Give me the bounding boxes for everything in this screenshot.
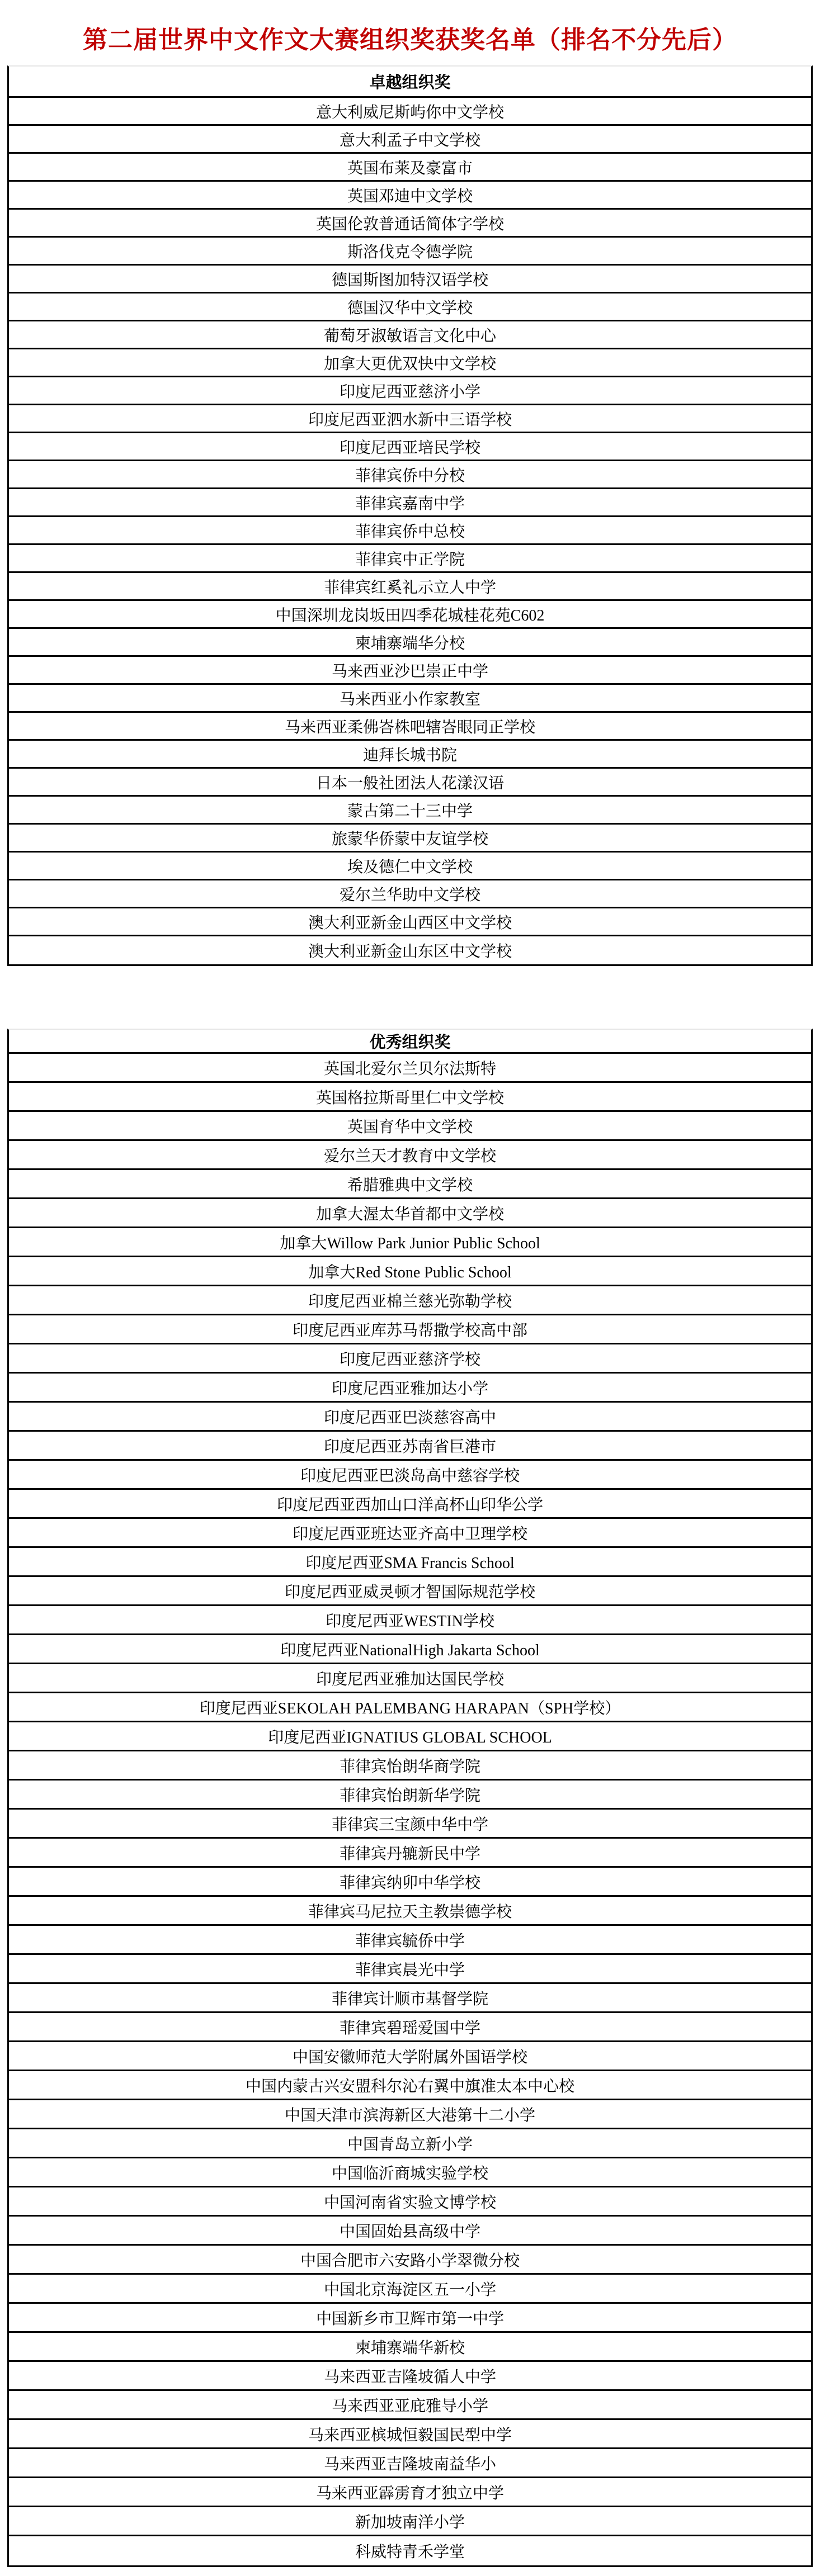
- table-row: 意大利孟子中文学校: [9, 126, 811, 154]
- table-row: 菲律宾红奚礼示立人中学: [9, 573, 811, 601]
- table-row: 菲律宾计顺市基督学院: [9, 1984, 811, 2013]
- table-row: 菲律宾丹辘新民中学: [9, 1839, 811, 1868]
- table-row: 印度尼西亚SEKOLAH PALEMBANG HARAPAN（SPH学校）: [9, 1693, 811, 1722]
- table-row: 印度尼西亚WESTIN学校: [9, 1606, 811, 1635]
- excellence-award-table: 卓越组织奖意大利威尼斯屿你中文学校意大利孟子中文学校英国布莱及豪富市英国邓迪中文…: [7, 65, 813, 966]
- table-row: 中国合肥市六安路小学翠微分校: [9, 2246, 811, 2275]
- table-row: 印度尼西亚SMA Francis School: [9, 1548, 811, 1577]
- table-row: 马来西亚吉隆坡循人中学: [9, 2362, 811, 2391]
- table-gap: [0, 966, 820, 1029]
- table-row: 英国布莱及豪富市: [9, 154, 811, 182]
- table-row: 印度尼西亚西加山口洋高杯山印华公学: [9, 1490, 811, 1519]
- table-row: 菲律宾马尼拉天主教崇德学校: [9, 1897, 811, 1926]
- table-row: 中国北京海淀区五一小学: [9, 2275, 811, 2304]
- table-row: 德国汉华中文学校: [9, 293, 811, 321]
- table-row: 中国内蒙古兴安盟科尔沁右翼中旗准太本中心校: [9, 2071, 811, 2100]
- table-row: 意大利威尼斯屿你中文学校: [9, 98, 811, 126]
- table-row: 英国育华中文学校: [9, 1112, 811, 1141]
- table-row: 中国青岛立新小学: [9, 2129, 811, 2158]
- table-row: 柬埔寨端华新校: [9, 2333, 811, 2362]
- table-row: 科威特青禾学堂: [9, 2536, 811, 2565]
- table-row: 加拿大Willow Park Junior Public School: [9, 1228, 811, 1257]
- table-row: 马来西亚吉隆坡南益华小: [9, 2449, 811, 2478]
- outstanding-award-table: 优秀组织奖英国北爱尔兰贝尔法斯特英国格拉斯哥里仁中文学校英国育华中文学校爱尔兰天…: [7, 1029, 813, 2567]
- table-row: 柬埔寨端华分校: [9, 629, 811, 657]
- table-row: 英国格拉斯哥里仁中文学校: [9, 1083, 811, 1112]
- table-row: 菲律宾晨光中学: [9, 1955, 811, 1984]
- table-row: 埃及德仁中文学校: [9, 853, 811, 880]
- table-row: 印度尼西亚NationalHigh Jakarta School: [9, 1635, 811, 1664]
- table-row: 中国天津市滨海新区大港第十二小学: [9, 2100, 811, 2129]
- table-row: 菲律宾侨中分校: [9, 461, 811, 489]
- table-row: 印度尼西亚巴淡岛高中慈容学校: [9, 1461, 811, 1490]
- table-row: 马来西亚沙巴崇正中学: [9, 657, 811, 685]
- table-row: 英国伦敦普通话简体字学校: [9, 210, 811, 238]
- table-row: 德国斯图加特汉语学校: [9, 266, 811, 293]
- table-row: 印度尼西亚IGNATIUS GLOBAL SCHOOL: [9, 1722, 811, 1751]
- page-title: 第二届世界中文作文大赛组织奖获奖名单（排名不分先后）: [7, 9, 813, 65]
- table-row: 英国邓迪中文学校: [9, 182, 811, 210]
- table-row: 澳大利亚新金山东区中文学校: [9, 936, 811, 964]
- section-header: 优秀组织奖: [9, 1030, 811, 1054]
- table-row: 印度尼西亚泗水新中三语学校: [9, 405, 811, 433]
- table-row: 马来西亚槟城恒毅国民型中学: [9, 2420, 811, 2449]
- table-row: 中国河南省实验文博学校: [9, 2187, 811, 2217]
- table-row: 印度尼西亚培民学校: [9, 433, 811, 461]
- table-row: 迪拜长城书院: [9, 741, 811, 769]
- table-row: 菲律宾三宝颜中华中学: [9, 1810, 811, 1839]
- table-row: 英国北爱尔兰贝尔法斯特: [9, 1054, 811, 1083]
- table-row: 马来西亚小作家教室: [9, 685, 811, 713]
- table-row: 加拿大Red Stone Public School: [9, 1257, 811, 1286]
- table-row: 印度尼西亚班达亚齐高中卫理学校: [9, 1519, 811, 1548]
- table-row: 爱尔兰天才教育中文学校: [9, 1141, 811, 1170]
- table-row: 印度尼西亚巴淡慈容高中: [9, 1403, 811, 1432]
- table-row: 澳大利亚新金山西区中文学校: [9, 908, 811, 936]
- table-row: 斯洛伐克令德学院: [9, 238, 811, 266]
- table-row: 旅蒙华侨蒙中友谊学校: [9, 825, 811, 853]
- table-row: 中国深圳龙岗坂田四季花城桂花苑C602: [9, 601, 811, 629]
- table-row: 马来西亚霹雳育才独立中学: [9, 2478, 811, 2507]
- table-row: 中国固始县高级中学: [9, 2217, 811, 2246]
- table-row: 日本一般社团法人花漾汉语: [9, 769, 811, 797]
- table-row: 葡萄牙淑敏语言文化中心: [9, 321, 811, 349]
- table-row: 中国安徽师范大学附属外国语学校: [9, 2042, 811, 2071]
- table-row: 菲律宾碧瑶爱国中学: [9, 2013, 811, 2042]
- table-row: 菲律宾怡朗华商学院: [9, 1751, 811, 1781]
- table-row: 马来西亚柔佛峇株吧辖峇眼同正学校: [9, 713, 811, 741]
- table-row: 印度尼西亚雅加达国民学校: [9, 1664, 811, 1693]
- table-row: 菲律宾毓侨中学: [9, 1926, 811, 1955]
- table-row: 中国临沂商城实验学校: [9, 2158, 811, 2187]
- table-row: 印度尼西亚雅加达小学: [9, 1374, 811, 1403]
- table-row: 印度尼西亚苏南省巨港市: [9, 1432, 811, 1461]
- top-margin: [0, 0, 820, 9]
- table-row: 加拿大渥太华首都中文学校: [9, 1199, 811, 1228]
- table-row: 印度尼西亚库苏马帮撒学校高中部: [9, 1315, 811, 1344]
- section-header: 卓越组织奖: [9, 67, 811, 98]
- table-row: 菲律宾侨中总校: [9, 517, 811, 545]
- table-row: 印度尼西亚棉兰慈光弥勒学校: [9, 1286, 811, 1315]
- table-row: 印度尼西亚慈济小学: [9, 377, 811, 405]
- table-row: 菲律宾中正学院: [9, 545, 811, 573]
- table-row: 加拿大更优双快中文学校: [9, 349, 811, 377]
- table-row: 印度尼西亚威灵顿才智国际规范学校: [9, 1577, 811, 1606]
- table-row: 蒙古第二十三中学: [9, 797, 811, 825]
- table-row: 爱尔兰华助中文学校: [9, 880, 811, 908]
- table-row: 菲律宾嘉南中学: [9, 489, 811, 517]
- table-row: 新加坡南洋小学: [9, 2507, 811, 2536]
- table-row: 中国新乡市卫辉市第一中学: [9, 2304, 811, 2333]
- table-row: 马来西亚亚庇雅导小学: [9, 2391, 811, 2420]
- table-row: 希腊雅典中文学校: [9, 1170, 811, 1199]
- table-row: 印度尼西亚慈济学校: [9, 1344, 811, 1374]
- table-row: 菲律宾怡朗新华学院: [9, 1781, 811, 1810]
- table-row: 菲律宾纳卯中华学校: [9, 1868, 811, 1897]
